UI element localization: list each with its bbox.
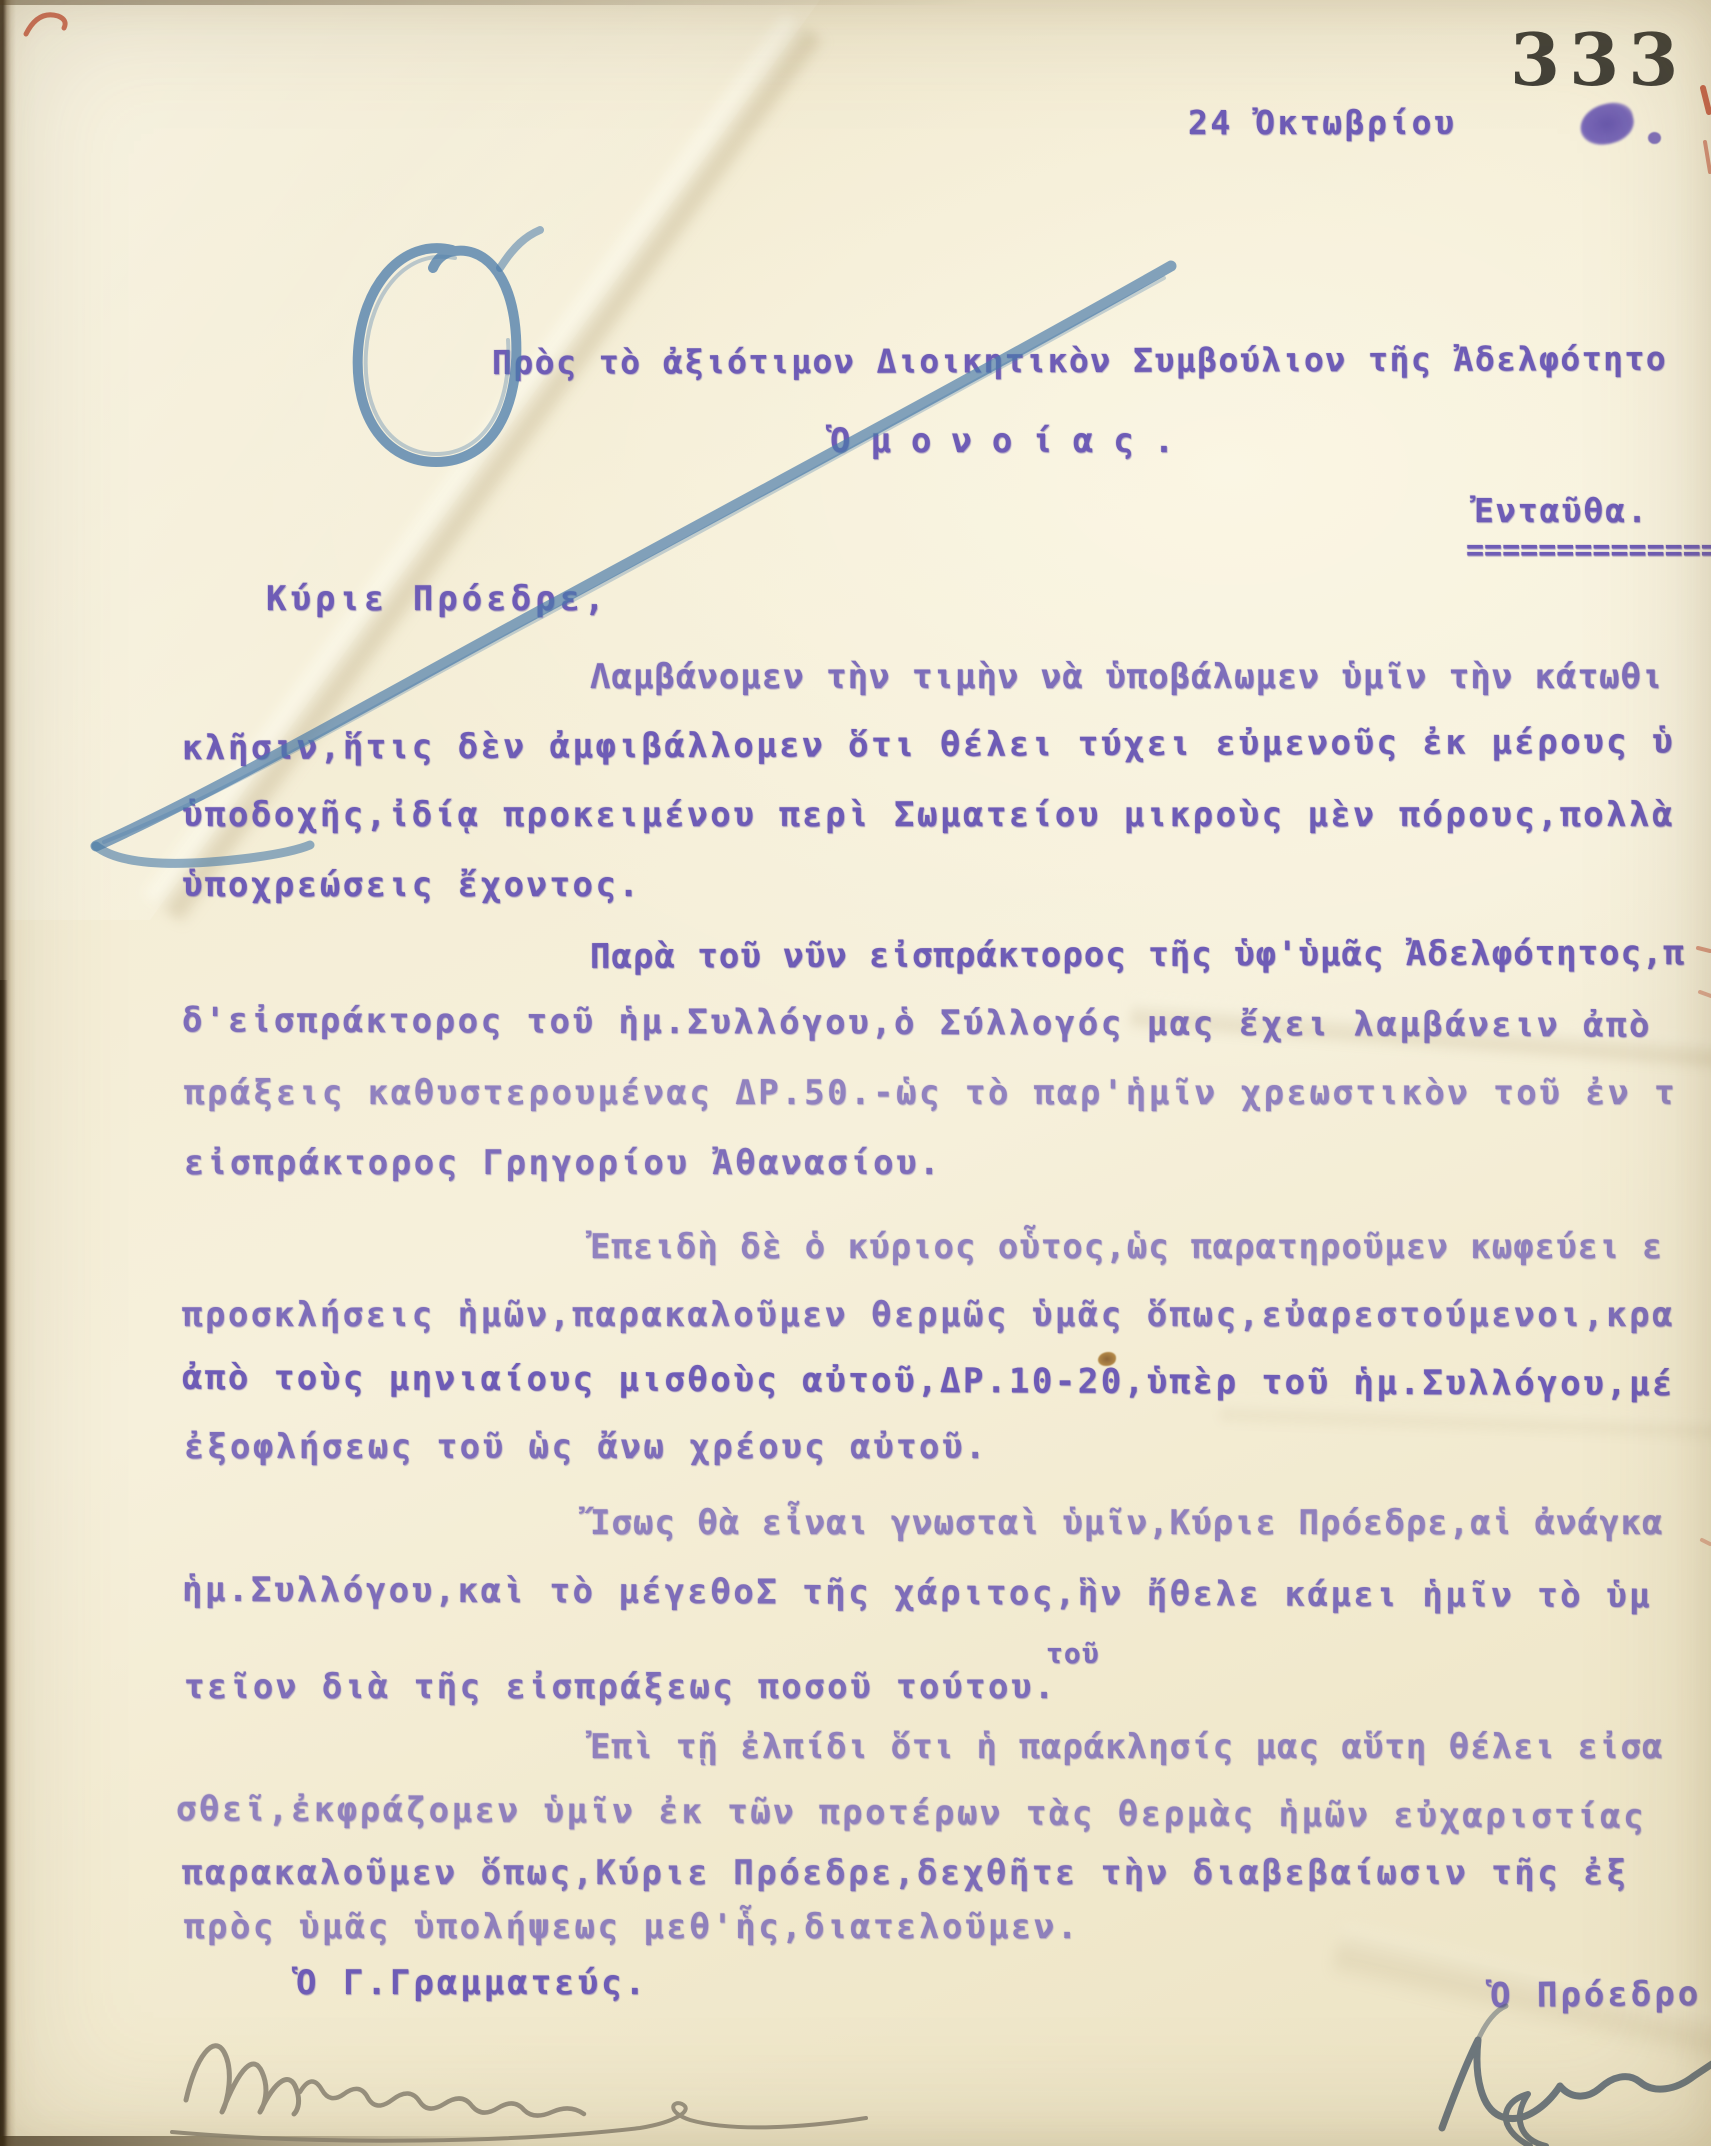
scanned-letter-page: 333 24 Ὀκτωβρίου Πρὸς τὸ ἀξιότιμον Διοικ… [0,0,1711,2146]
scan-vignette [0,0,1711,2146]
